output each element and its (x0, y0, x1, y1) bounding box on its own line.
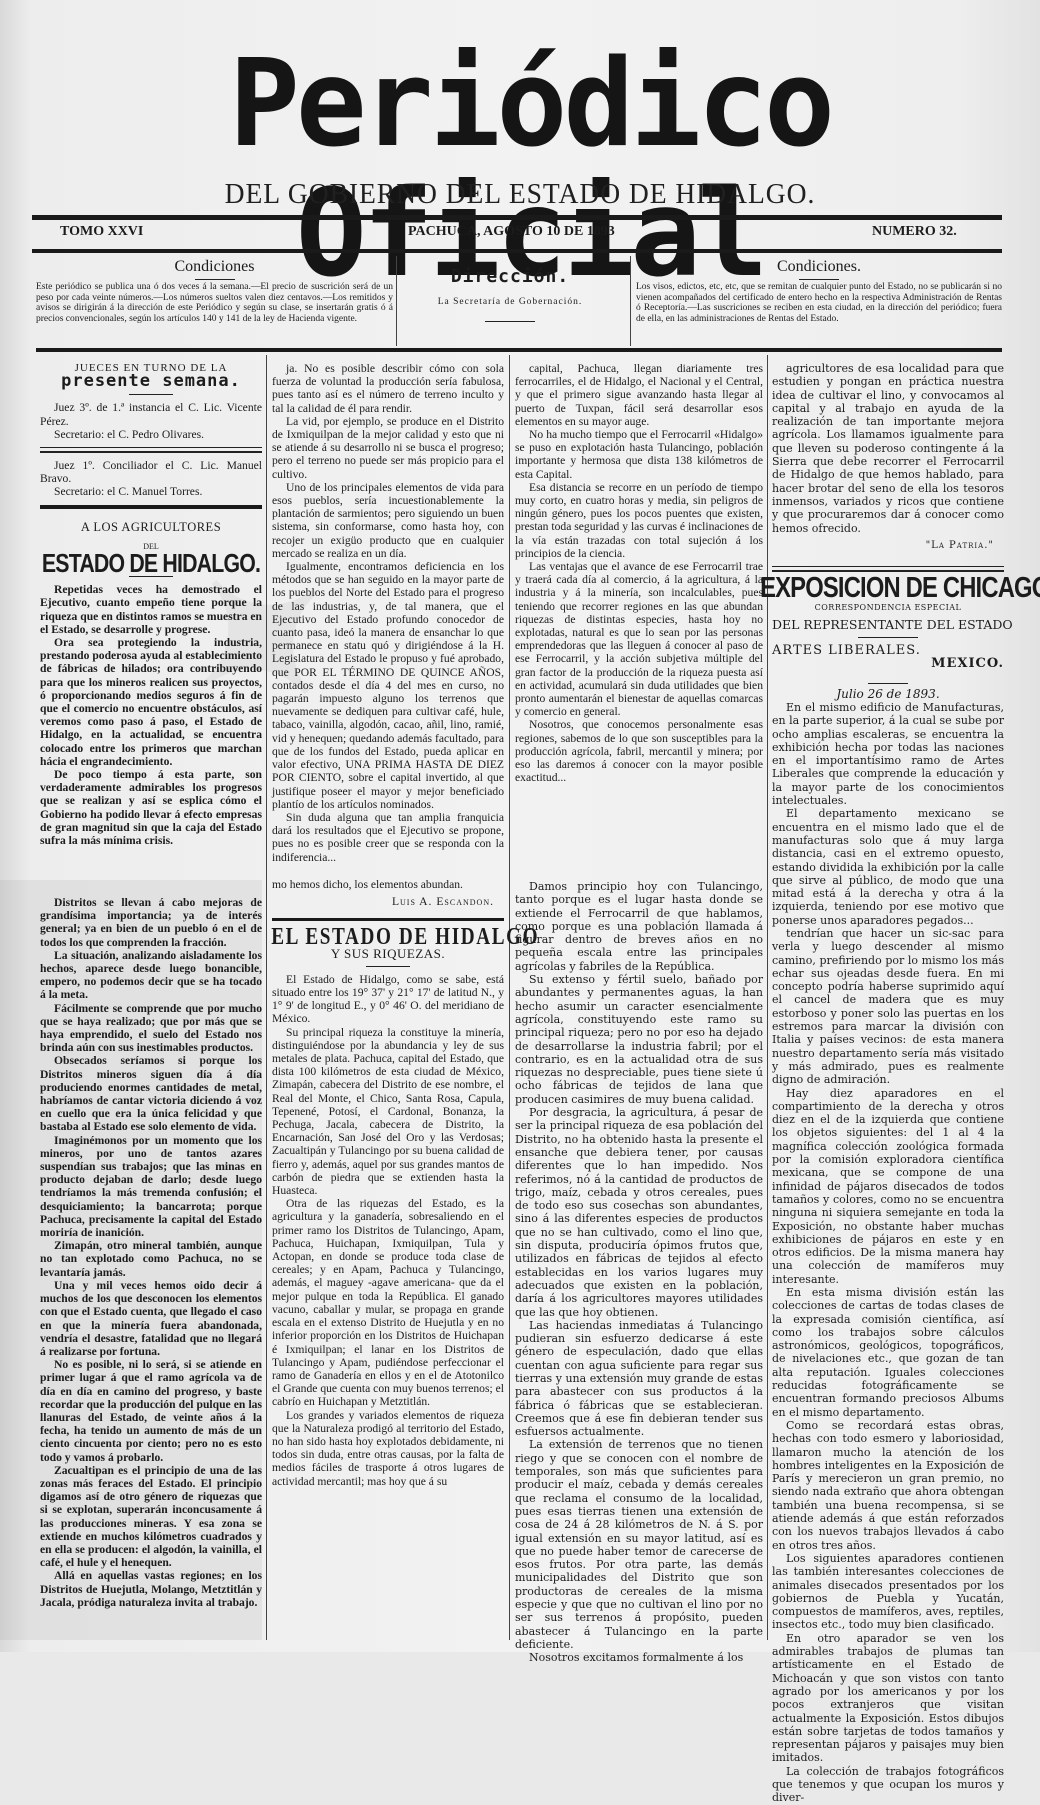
article-title: ESTADO DE HIDALGO. (35, 557, 266, 570)
newspaper-page: ✦ Periódico Oficial DEL GOBIERNO DEL EST… (0, 0, 1040, 1652)
issue-number: NUMERO 32. (872, 224, 957, 240)
article-body: Repetidas veces ha demostrado el Ejecuti… (40, 583, 262, 847)
divider (396, 256, 397, 346)
paragraph: Obsecados seríamos si porque los Distrit… (40, 1054, 262, 1133)
conditions-right: Condiciones. Los visos, edictos, etc, et… (636, 258, 1002, 346)
newspaper-subtitle: DEL GOBIERNO DEL ESTADO DE HIDALGO. (26, 178, 1014, 211)
column-1-continued: Distritos se llevan á cabo mejoras de gr… (40, 896, 262, 1609)
paragraph: Hay diez aparadores en el compartimiento… (772, 1087, 1004, 1286)
volume-label: TOMO XXVI (60, 224, 143, 240)
conditions-right-title: Condiciones. (636, 258, 1002, 280)
paragraph: No ha mucho tiempo que el Ferrocarril «H… (515, 428, 763, 481)
direccion-box: Dirección. La Secretaría de Gobernación. (400, 258, 620, 346)
article2-body: En el mismo edificio de Manufacturas, en… (772, 701, 1004, 1652)
column-1: JUECES EN TURNO DE LA presente semana. J… (40, 362, 262, 847)
article-kicker: A LOS AGRICULTORES (40, 521, 262, 534)
article-kicker-2: DEL REPRESENTANTE DEL ESTADO (772, 618, 1004, 631)
header-rule (36, 348, 1002, 352)
masthead-rule-bottom (32, 249, 1002, 253)
paragraph: Distritos se llevan á cabo mejoras de gr… (40, 896, 262, 949)
paragraph: La vid, por ejemplo, se produce en el Di… (272, 415, 504, 481)
paragraph: Sin duda alguna que tan amplia franquici… (272, 811, 504, 864)
column-divider (767, 355, 768, 1640)
paragraph: ja. No es posible describir cómo con sol… (272, 362, 504, 415)
paragraph: Repetidas veces ha demostrado el Ejecuti… (40, 583, 262, 636)
paragraph: Igualmente, encontramos deficiencia en l… (272, 560, 504, 811)
divider (630, 256, 631, 346)
article2-title: EL ESTADO DE HIDALGO (271, 931, 505, 944)
paragraph: Allá en aquellas vastas regiones; en los… (40, 1569, 262, 1609)
country-heading: MEXICO. (772, 657, 1004, 670)
paragraph: Fácilmente se comprende que por mucho qu… (40, 1002, 262, 1055)
column-divider (266, 355, 267, 1640)
secretario-entry: Secretario: el C. Pedro Olivares. (40, 428, 262, 441)
paragraph: Los grandes y variados elementos de riqu… (272, 1409, 504, 1488)
short-rule (868, 683, 908, 684)
column-2: ja. No es posible describir cómo con sol… (272, 362, 504, 864)
paragraph: Zimapán, otro mineral también, aunque no… (40, 1239, 262, 1279)
paragraph: Los siguientes aparadores contienen las … (772, 1552, 1004, 1632)
article-body: agricultores de esa localidad para que e… (772, 362, 1004, 535)
paragraph: Como se recordará estas obras, hechas co… (772, 1419, 1004, 1552)
article2-body: El Estado de Hidalgo, como se sabe, está… (272, 973, 504, 1488)
masthead-rule-top (32, 215, 1002, 220)
column-3: capital, Pachuca, llegan diariamente tre… (515, 362, 763, 785)
paragraph: Las ventajas que el avance de ese Ferroc… (515, 560, 763, 718)
paragraph: No es posible, ni lo será, si se atiende… (40, 1358, 262, 1464)
paragraph: Su principal riqueza la constituye la mi… (272, 1026, 504, 1198)
paragraph: agricultores de esa localidad para que e… (772, 362, 1004, 535)
column-divider (509, 355, 510, 1640)
paragraph: tendrían que hacer un sic-sac para verla… (772, 927, 1004, 1087)
conditions-left: Condiciones Este periódico se publica un… (36, 258, 393, 346)
column-2-lower: mo hemos dicho, los elementos abundan. L… (272, 878, 504, 1488)
conditions-left-text: Este periódico se publica una ó dos vece… (36, 282, 393, 324)
short-rule (858, 637, 918, 638)
article-body: capital, Pachuca, llegan diariamente tre… (515, 362, 763, 785)
paragraph: El departamento mexicano se encuentra en… (772, 807, 1004, 927)
paragraph: Por desgracia, la agricultura, á pesar d… (515, 1106, 763, 1319)
paragraph: Su extenso y fértil suelo, bañado por ab… (515, 973, 763, 1106)
juez-entry: Juez 3º. de 1.ª instancia el C. Lic. Vic… (40, 401, 262, 427)
signature: Luis A. Escandon. (272, 895, 494, 908)
section-rule (40, 505, 262, 509)
direccion-title: Dirección. (400, 266, 620, 287)
article-date: Julio 26 de 1893. (772, 688, 1004, 701)
direccion-subtitle: La Secretaría de Gobernación. (400, 297, 620, 307)
juez-entry: Juez 1º. Conciliador el C. Lic. Manuel B… (40, 459, 262, 485)
short-rule (129, 394, 173, 395)
source-credit: "La Patria." (772, 539, 994, 552)
date-label: PACHUCA, AGOSTO 10 DE 1893 (408, 224, 615, 240)
paragraph: Esa distancia se recorre en un período d… (515, 481, 763, 560)
paragraph: capital, Pachuca, llegan diariamente tre… (515, 362, 763, 428)
article-title: EXPOSICION DE CHICAGO. (760, 582, 1016, 595)
paragraph: Uno de los principales elementos de vida… (272, 481, 504, 560)
short-rule (366, 966, 410, 967)
paragraph: La extensión de terrenos que no tienen r… (515, 1438, 763, 1651)
paragraph: Las haciendas inmediatas á Tulancingo pu… (515, 1319, 763, 1439)
paragraph: Imaginémonos por un momento que los mine… (40, 1134, 262, 1240)
section-heading: ARTES LIBERALES. (772, 644, 1004, 657)
paragraph: Damos principio hoy con Tulancingo, tant… (515, 880, 763, 973)
paragraph: Nosotros, que conocemos personalmente es… (515, 718, 763, 784)
column-4: agricultores de esa localidad para que e… (772, 362, 1004, 1652)
paragraph: El Estado de Hidalgo, como se sabe, está… (272, 973, 504, 1026)
closing-line: mo hemos dicho, los elementos abundan. (272, 878, 504, 891)
conditions-left-title: Condiciones (36, 258, 393, 280)
paragraph: De poco tiempo á esta parte, son verdade… (40, 768, 262, 847)
paragraph: En otro aparador se ven los admirables t… (772, 1632, 1004, 1652)
article-body-continued: Distritos se llevan á cabo mejoras de gr… (40, 896, 262, 1609)
paragraph: Zacualtipan es el principio de una de la… (40, 1464, 262, 1570)
paragraph: Una y mil veces hemos oido decir á mucho… (40, 1279, 262, 1358)
paragraph: En esta misma división están las colecci… (772, 1286, 1004, 1419)
dateline: TOMO XXVI PACHUCA, AGOSTO 10 DE 1893 NUM… (30, 224, 1015, 244)
short-rule (485, 321, 535, 322)
section-rule (272, 918, 504, 921)
column-3-lower: Damos principio hoy con Tulancingo, tant… (515, 880, 763, 1652)
paragraph: Otra de las riquezas del Estado, es la a… (272, 1197, 504, 1408)
paragraph: Ora sea protegiendo la industria, presta… (40, 636, 262, 768)
paragraph: En el mismo edificio de Manufacturas, en… (772, 701, 1004, 807)
conditions-right-text: Los visos, edictos, etc, etc, que se rem… (636, 282, 1002, 324)
paragraph: La situación, analizando aisladamente lo… (40, 949, 262, 1002)
jueces-subheading: presente semana. (40, 375, 262, 388)
article-body: ja. No es posible describir cómo con sol… (272, 362, 504, 864)
article-body-continued: Damos principio hoy con Tulancingo, tant… (515, 880, 763, 1652)
secretario-entry: Secretario: el C. Manuel Torres. (40, 485, 262, 498)
separator-rule (40, 447, 262, 453)
